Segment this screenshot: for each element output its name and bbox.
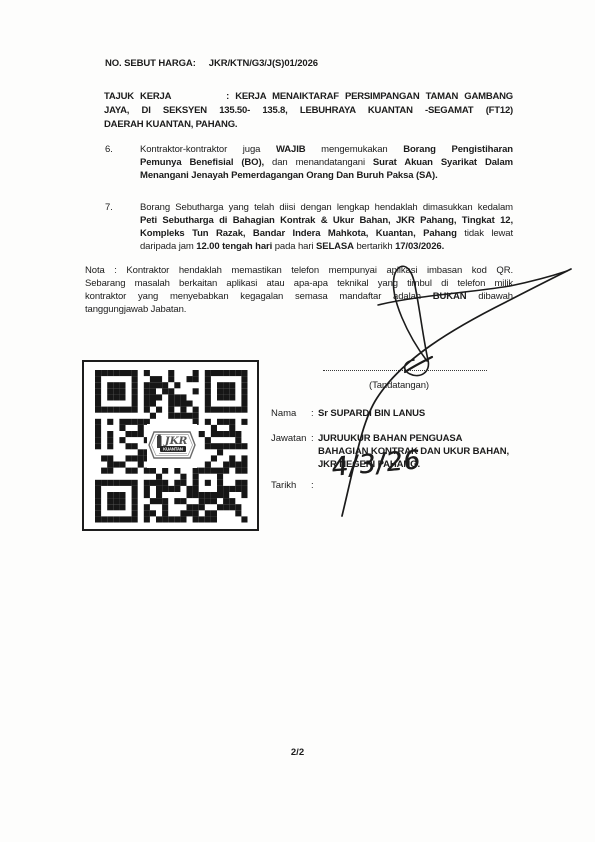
clause-7-text: Borang Sebutharga yang telah diisi denga… [140, 201, 513, 253]
name-value: Sr SUPARDI BIN LANUS [318, 408, 425, 419]
clause-7: 7. Borang Sebutharga yang telah diisi de… [140, 201, 513, 253]
position-row: Jawatan: [271, 432, 318, 445]
qr-code: JKR KUANTAN [82, 360, 259, 531]
clause-7-number: 7. [105, 201, 113, 214]
name-row: Nama:Sr SUPARDI BIN LANUS [271, 407, 425, 420]
quote-number-label: NO. SEBUT HARGA: [105, 58, 196, 69]
logo-subtitle: KUANTAN [163, 447, 183, 452]
name-label: Nama [271, 407, 311, 420]
note-paragraph: Nota : Kontraktor hendaklah memastikan t… [85, 264, 513, 316]
page-number: 2/2 [0, 746, 595, 759]
signature-caption: (Tandatangan) [323, 379, 475, 392]
date-row: Tarikh: [271, 479, 318, 492]
date-label: Tarikh [271, 479, 311, 492]
quote-number-value: JKR/KTN/G3/J(S)01/2026 [209, 58, 318, 69]
signature-line [323, 362, 487, 371]
work-title: TAJUK KERJA : KERJA MENAIKTARAF PERSIMPA… [104, 90, 513, 131]
clause-6: 6. Kontraktor-kontraktor juga WAJIB meng… [140, 143, 513, 182]
clause-6-number: 6. [105, 143, 113, 156]
logo-title: JKR [163, 435, 188, 447]
qr-center-logo: JKR KUANTAN [147, 424, 197, 468]
clause-6-text: Kontraktor-kontraktor juga WAJIB mengemu… [140, 143, 513, 182]
document-page: NO. SEBUT HARGA:JKR/KTN/G3/J(S)01/2026 T… [0, 0, 595, 842]
handwritten-date: 4/3/26 [331, 454, 421, 475]
quote-number-line: NO. SEBUT HARGA:JKR/KTN/G3/J(S)01/2026 [105, 57, 318, 70]
position-label: Jawatan [271, 432, 311, 445]
